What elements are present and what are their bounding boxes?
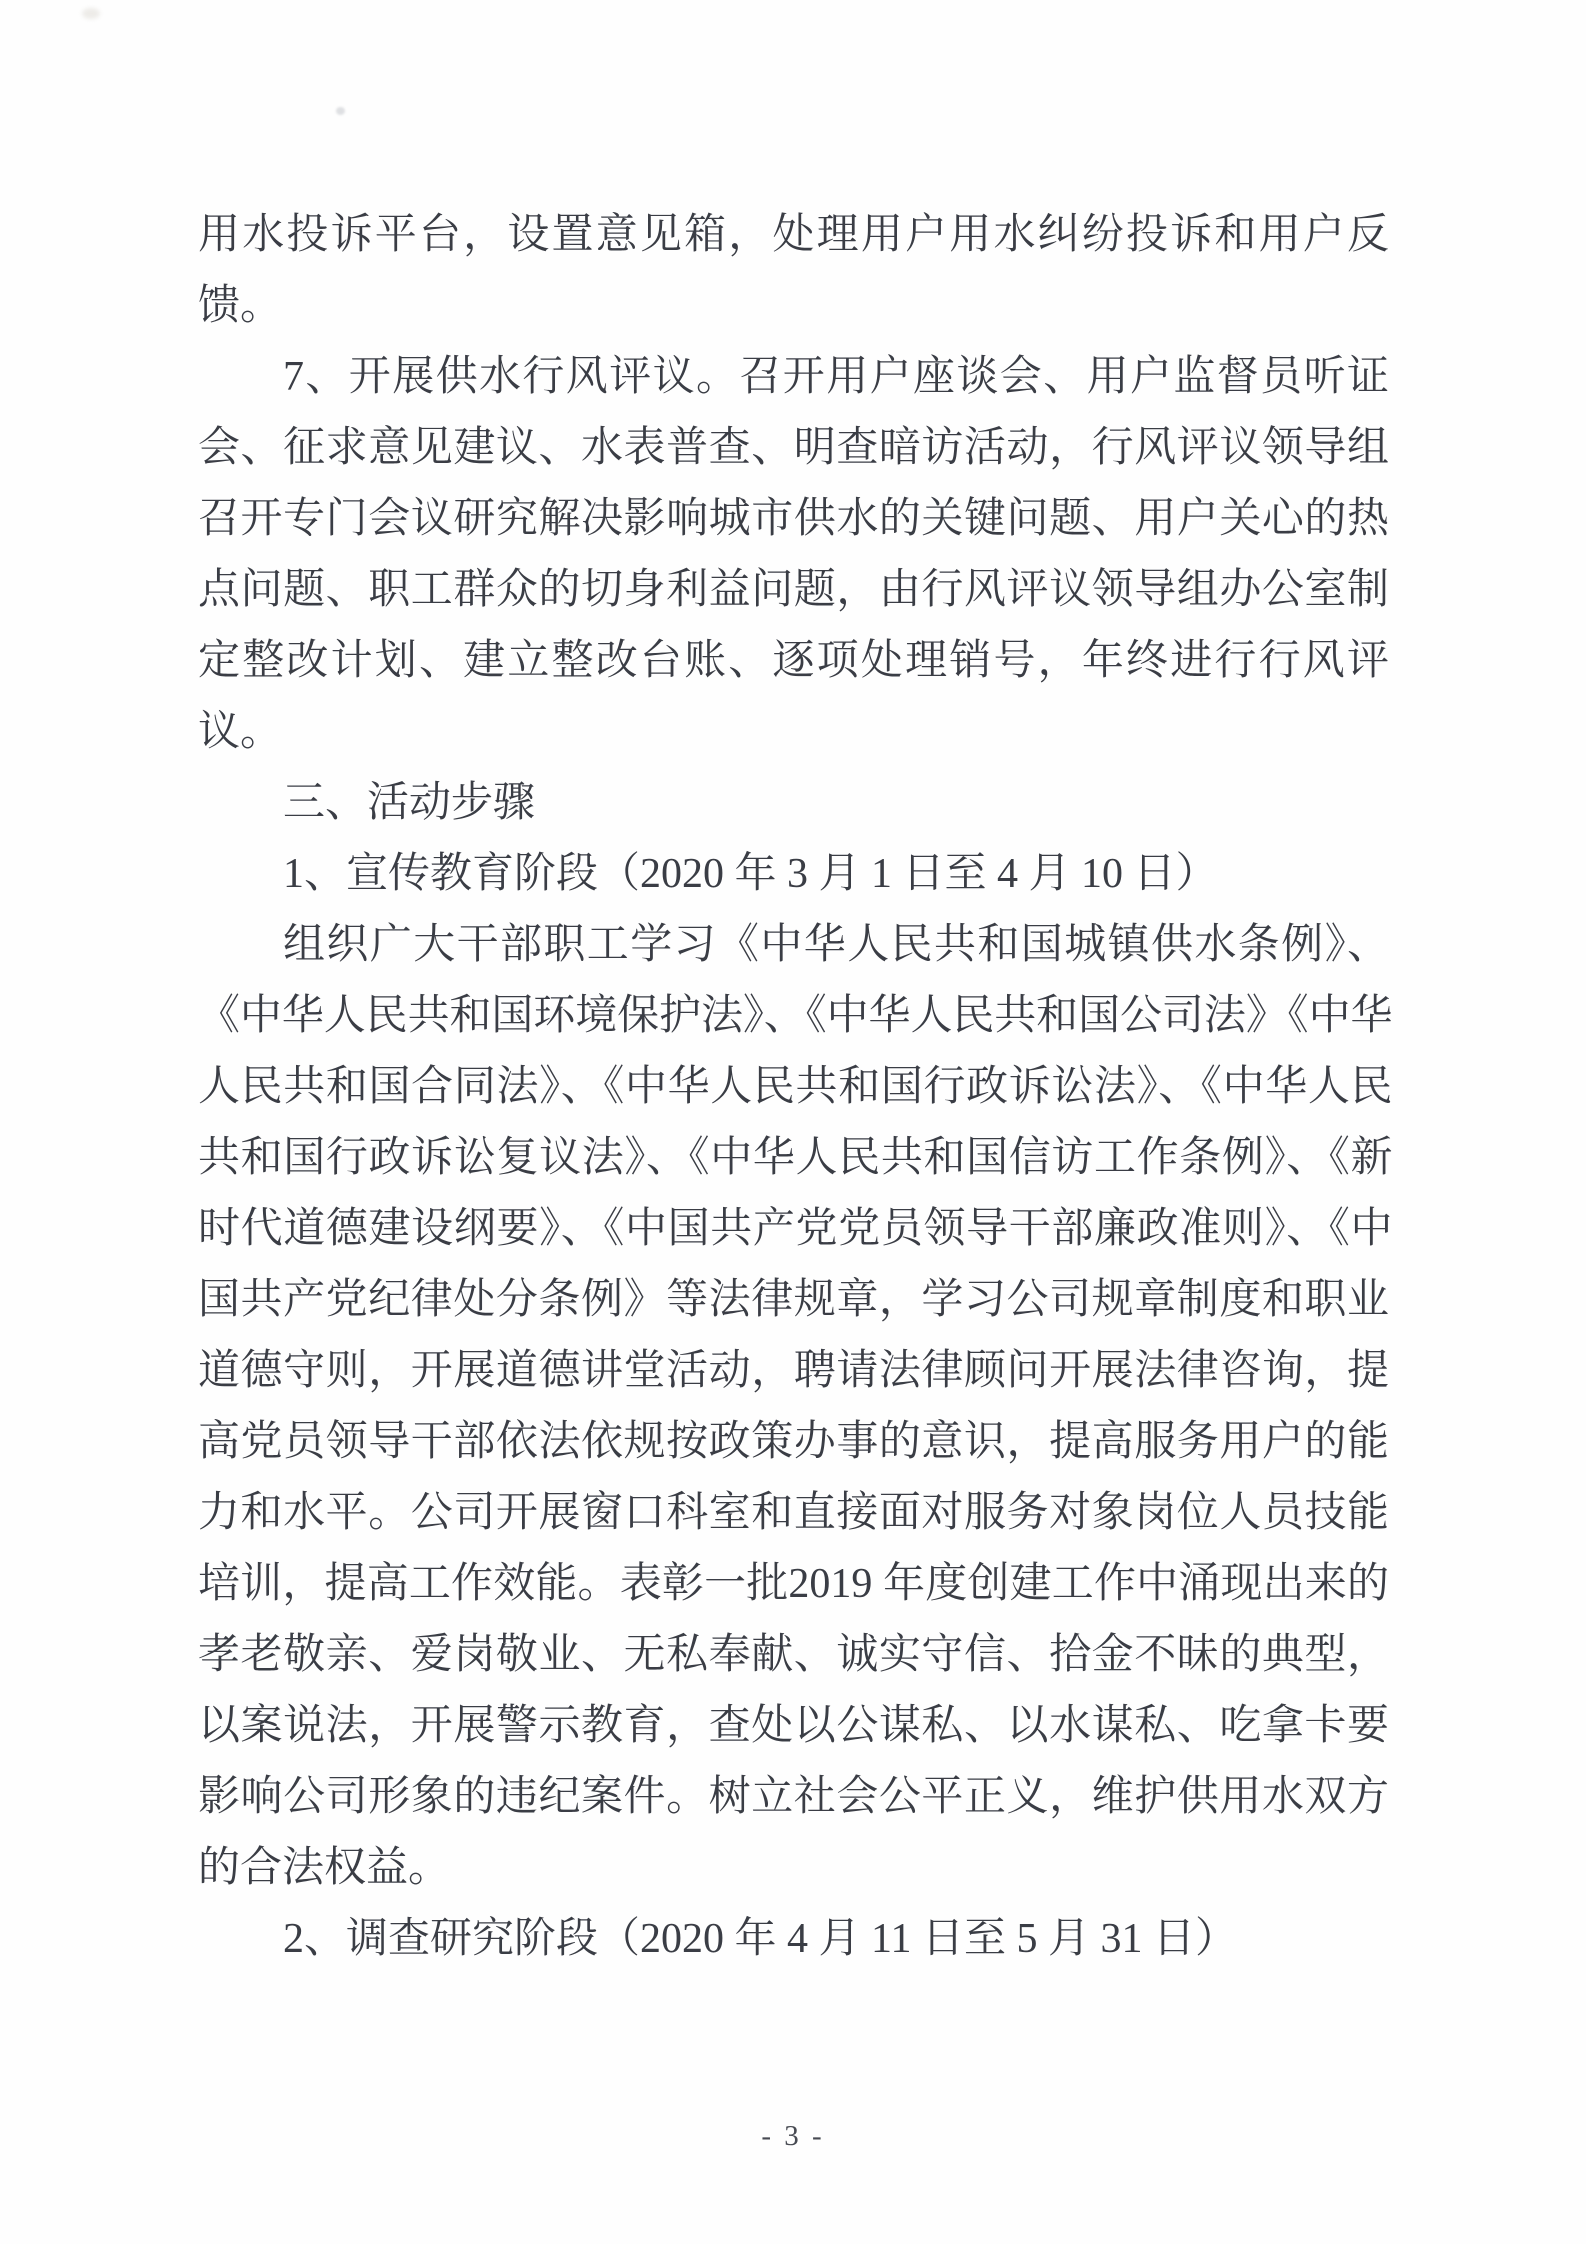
text-line: 影响公司形象的违纪案件。树立社会公平正义，维护供用水双方: [198, 1762, 1389, 1833]
text-line: 召开专门会议研究解决影响城市供水的关键问题、用户关心的热: [198, 484, 1389, 555]
text-line: 道德守则，开展道德讲堂活动，聘请法律顾问开展法律咨询，提: [198, 1336, 1389, 1407]
scan-artifact: [336, 107, 345, 115]
text-line: 人民共和国合同法》、《中华人民共和国行政诉讼法》、《中华人民: [198, 1052, 1389, 1123]
text-line: 议。: [198, 697, 1389, 768]
text-line: 共和国行政诉讼复议法》、《中华人民共和国信访工作条例》、《新: [198, 1123, 1389, 1194]
text-line: 点问题、职工群众的切身利益问题，由行风评议领导组办公室制: [198, 555, 1389, 626]
page-number: - 3 -: [0, 2116, 1586, 2156]
text-line: 1、宣传教育阶段（2020 年 3 月 1 日至 4 月 10 日）: [198, 839, 1389, 910]
text-line: 以案说法，开展警示教育，查处以公谋私、以水谋私、吃拿卡要: [198, 1691, 1389, 1762]
document-body: 用水投诉平台，设置意见箱，处理用户用水纠纷投诉和用户反 馈。 7、开展供水行风评…: [198, 200, 1389, 1975]
text-line: 馈。: [198, 271, 1389, 342]
scan-artifact: [82, 8, 100, 19]
text-line: 孝老敬亲、爱岗敬业、无私奉献、诚实守信、拾金不昧的典型，: [198, 1620, 1389, 1691]
text-line: 会、征求意见建议、水表普查、明查暗访活动，行风评议领导组: [198, 413, 1389, 484]
text-line: 《中华人民共和国环境保护法》、《中华人民共和国公司法》《中华: [198, 981, 1389, 1052]
text-line: 时代道德建设纲要》、《中国共产党党员领导干部廉政准则》、《中: [198, 1194, 1389, 1265]
document-page: 用水投诉平台，设置意见箱，处理用户用水纠纷投诉和用户反 馈。 7、开展供水行风评…: [0, 0, 1586, 2244]
text-line: 力和水平。公司开展窗口科室和直接面对服务对象岗位人员技能: [198, 1478, 1389, 1549]
text-line: 的合法权益。: [198, 1833, 1389, 1904]
text-line: 用水投诉平台，设置意见箱，处理用户用水纠纷投诉和用户反: [198, 200, 1389, 271]
text-line: 2、调查研究阶段（2020 年 4 月 11 日至 5 月 31 日）: [198, 1904, 1389, 1975]
text-line: 定整改计划、建立整改台账、逐项处理销号，年终进行行风评: [198, 626, 1389, 697]
text-line: 组织广大干部职工学习《中华人民共和国城镇供水条例》、: [198, 910, 1389, 981]
text-line: 国共产党纪律处分条例》等法律规章，学习公司规章制度和职业: [198, 1265, 1389, 1336]
text-line: 培训，提高工作效能。表彰一批2019 年度创建工作中涌现出来的: [198, 1549, 1389, 1620]
text-line: 7、开展供水行风评议。召开用户座谈会、用户监督员听证: [198, 342, 1389, 413]
section-heading: 三、活动步骤: [198, 768, 1389, 839]
text-line: 高党员领导干部依法依规按政策办事的意识，提高服务用户的能: [198, 1407, 1389, 1478]
